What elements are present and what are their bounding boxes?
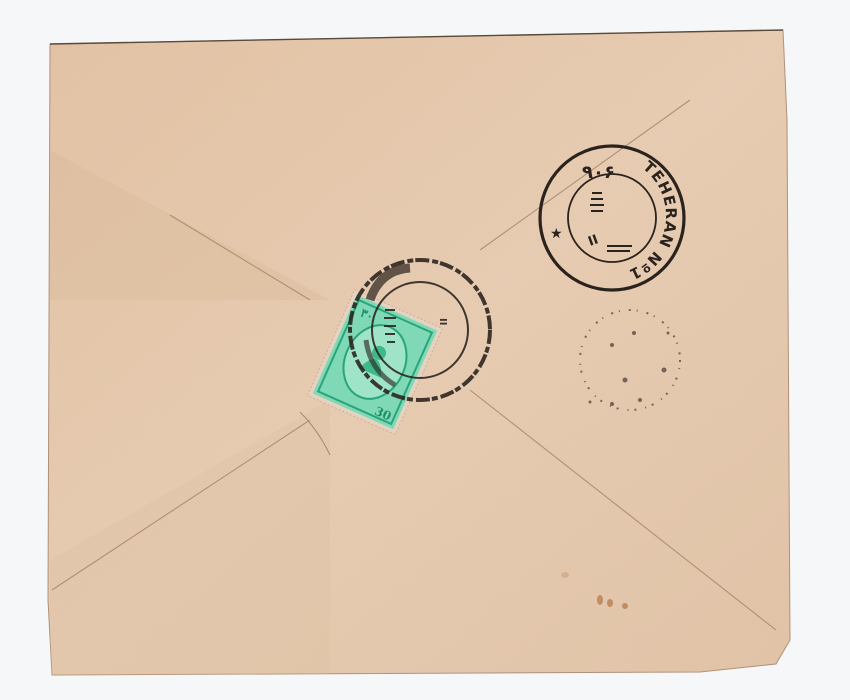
photo-scene: ٣٠ 30 II TEHERAN Nº1	[0, 0, 850, 700]
star-icon: ★	[550, 226, 563, 242]
postmark-tehran-persian: ۹۰۶	[582, 162, 615, 183]
envelope: ٣٠ 30 II TEHERAN Nº1	[0, 0, 850, 700]
postmark-stamp-date: II	[437, 318, 448, 325]
